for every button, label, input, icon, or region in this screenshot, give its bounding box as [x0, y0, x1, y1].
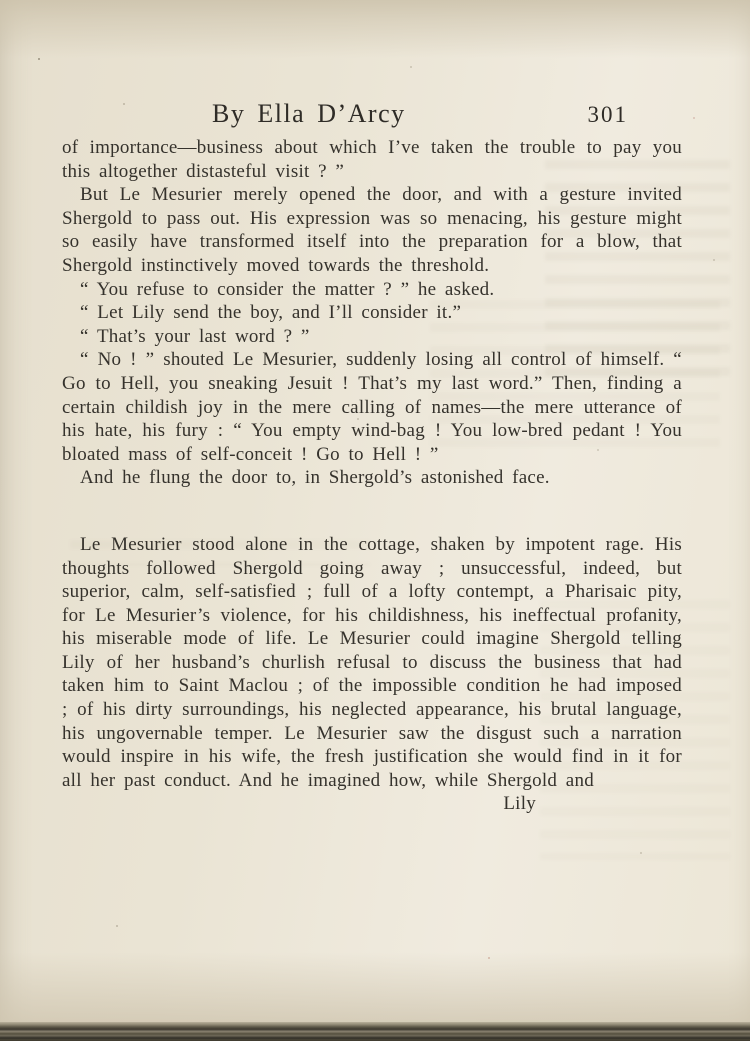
paper-speckles: [0, 0, 2, 2]
book-page-edges: [0, 1022, 750, 1041]
paragraph-dialogue: “ No ! ” shouted Le Mesurier, suddenly l…: [62, 348, 682, 466]
book-page-scan: By Ella D’Arcy 301 of importance—busines…: [0, 0, 750, 1041]
paragraph-new-section: Le Mesurier stood alone in the cottage, …: [62, 533, 682, 793]
page-number: 301: [588, 102, 629, 128]
scan-bottom-shadow: [0, 952, 750, 1022]
paragraph-dialogue: “ That’s your last word ? ”: [62, 325, 682, 349]
paragraph-continuation: of importance—business about which I’ve …: [62, 136, 682, 183]
paragraph: And he flung the door to, in Shergold’s …: [62, 466, 682, 490]
catchword: Lily: [62, 792, 682, 816]
scan-top-shadow: [0, 0, 750, 58]
page-text-block: of importance—business about which I’ve …: [62, 136, 682, 816]
page-header: By Ella D’Arcy 301: [62, 99, 682, 135]
paragraph: But Le Mesurier merely opened the door, …: [62, 183, 682, 277]
running-title: By Ella D’Arcy: [212, 99, 406, 129]
paragraph-dialogue: “ You refuse to consider the matter ? ” …: [62, 278, 682, 302]
paragraph-dialogue: “ Let Lily send the boy, and I’ll consid…: [62, 301, 682, 325]
